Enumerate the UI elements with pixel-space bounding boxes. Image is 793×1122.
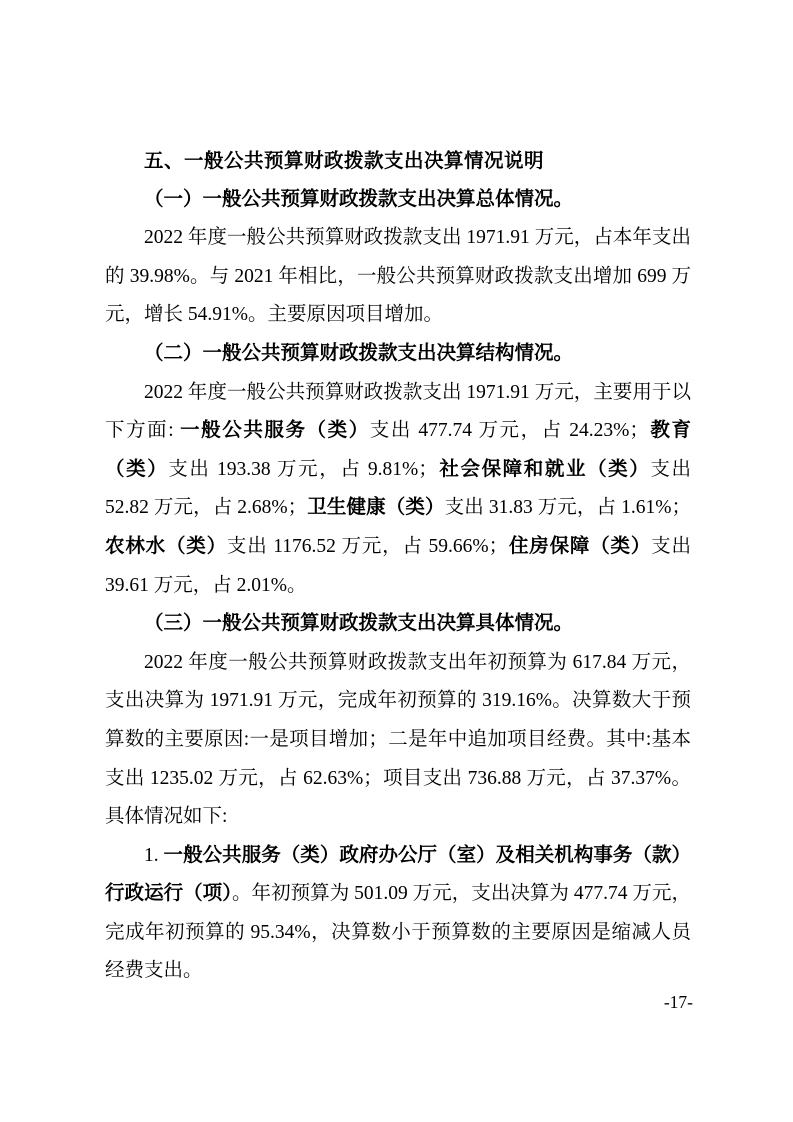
category-health: 卫生健康（类） [307,497,444,518]
text-segment: 支出 31.83 万元，占 1.61%； [445,497,691,518]
text-segment: 支出 1176.52 万元，占 59.66%； [227,536,508,557]
subsection-1-heading: （一）一般公共预算财政拨款支出决算总体情况。 [105,181,691,220]
text-segment: 支出 477.74 万元，占 24.23%； [370,420,649,441]
page-number: -17- [664,992,693,1013]
category-social-security-employment: 社会保障和就业（类） [438,459,651,480]
detail-item-1: 1. 一般公共服务（类）政府办公厅（室）及相关机构事务（款）行政运行（项）。年初… [105,837,691,991]
category-agriculture-forestry-water: 农林水（类） [105,536,227,557]
main-section-heading: 五、一般公共预算财政拨款支出决算情况说明 [105,142,691,181]
subsection-3-heading: （三）一般公共预算财政拨款支出决算具体情况。 [105,605,691,644]
text-segment: 支出 193.38 万元，占 9.81%； [168,459,438,480]
item-number: 1. [144,845,164,866]
category-housing-security: 住房保障（类） [508,536,651,557]
category-general-public-services: 一般公共服务（类） [180,420,370,441]
subsection-1-paragraph: 2022 年度一般公共预算财政拨款支出 1971.91 万元，占本年支出的 39… [105,219,691,335]
subsection-2-paragraph: 2022 年度一般公共预算财政拨款支出 1971.91 万元，主要用于以下方面:… [105,374,691,606]
document-page: 五、一般公共预算财政拨款支出决算情况说明 （一）一般公共预算财政拨款支出决算总体… [0,0,793,1122]
subsection-3-paragraph: 2022 年度一般公共预算财政拨款支出年初预算为 617.84 万元，支出决算为… [105,644,691,837]
document-body: 五、一般公共预算财政拨款支出决算情况说明 （一）一般公共预算财政拨款支出决算总体… [105,142,691,991]
subsection-2-heading: （二）一般公共预算财政拨款支出决算结构情况。 [105,335,691,374]
